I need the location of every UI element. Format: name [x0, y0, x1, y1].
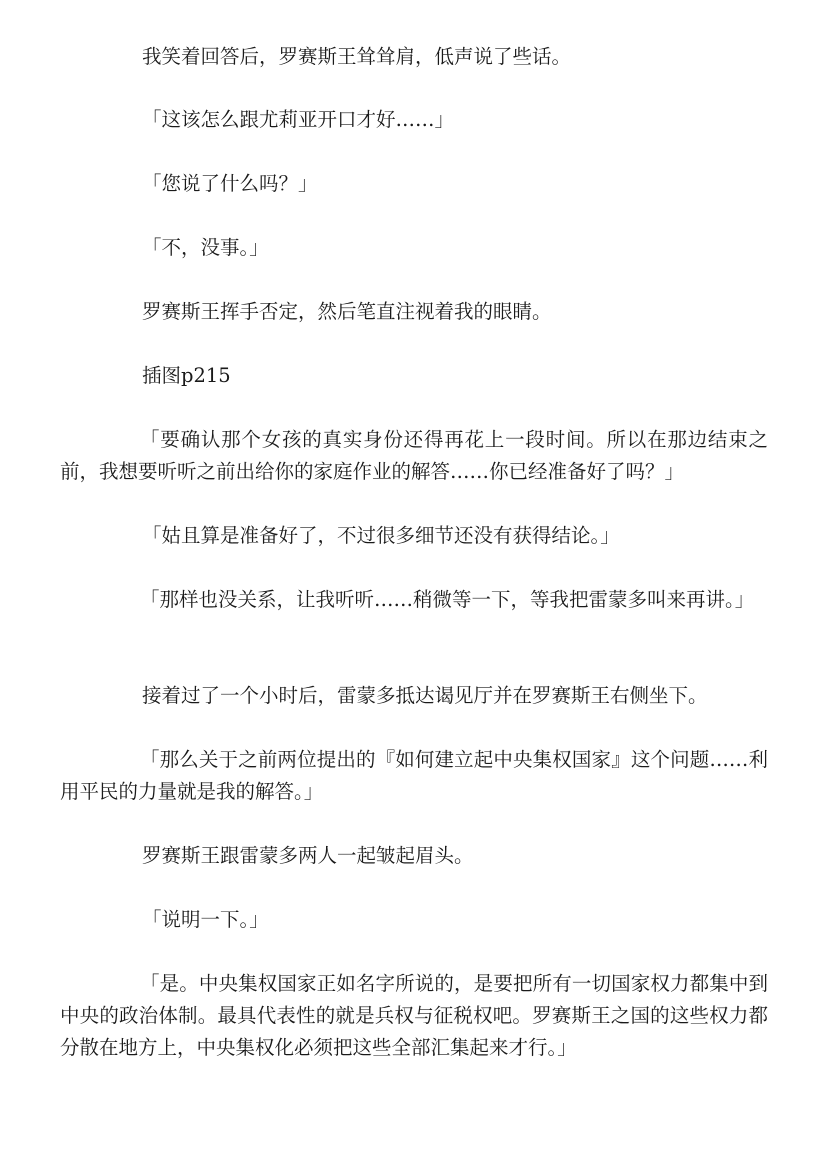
paragraph-narration: 罗赛斯王跟雷蒙多两人一起皱起眉头。: [60, 840, 768, 872]
paragraph-dialogue: 「不，没事。」: [60, 232, 768, 264]
paragraph-dialogue: 「那样也没关系，让我听听……稍微等一下，等我把雷蒙多叫来再讲。」: [60, 584, 768, 616]
paragraph-narration: 接着过了一个小时后，雷蒙多抵达谒见厅并在罗赛斯王右侧坐下。: [60, 680, 768, 712]
paragraph-dialogue: 「您说了什么吗？」: [60, 168, 768, 200]
paragraph-dialogue: 「这该怎么跟尤莉亚开口才好……」: [60, 104, 768, 136]
paragraph-narration: 我笑着回答后，罗赛斯王耸耸肩，低声说了些话。: [60, 41, 768, 73]
paragraph-dialogue: 「说明一下。」: [60, 904, 768, 936]
illustration-marker: 插图p215: [60, 360, 768, 392]
paragraph-dialogue: 「姑且算是准备好了，不过很多细节还没有获得结论。」: [60, 520, 768, 552]
paragraph-dialogue: 「要确认那个女孩的真实身份还得再花上一段时间。所以在那边结束之前，我想要听听之前…: [60, 424, 768, 488]
paragraph-dialogue: 「那么关于之前两位提出的『如何建立起中央集权国家』这个问题……利用平民的力量就是…: [60, 744, 768, 808]
document-page: 我笑着回答后，罗赛斯王耸耸肩，低声说了些话。 「这该怎么跟尤莉亚开口才好……」 …: [0, 0, 828, 1171]
paragraph-dialogue: 「是。中央集权国家正如名字所说的，是要把所有一切国家权力都集中到中央的政治体制。…: [60, 968, 768, 1064]
paragraph-narration: 罗赛斯王挥手否定，然后笔直注视着我的眼睛。: [60, 296, 768, 328]
